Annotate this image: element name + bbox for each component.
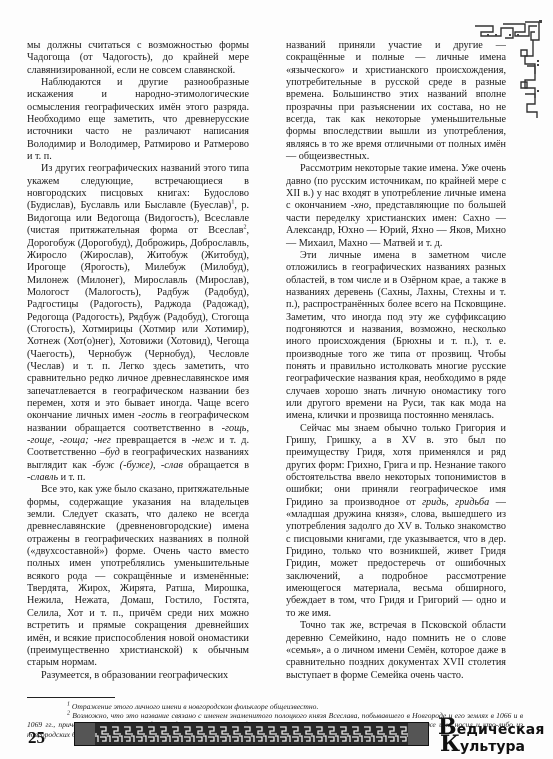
ornament-band — [74, 722, 429, 746]
left-column: мы должны считаться с возможностью формы… — [27, 40, 249, 682]
paragraph: названий приняли участие и другие — сокр… — [286, 40, 506, 163]
page-number: 25 — [28, 728, 45, 748]
meander-pattern-icon — [75, 723, 428, 745]
paragraph: мы должны считаться с возможностью формы… — [27, 40, 249, 77]
footnote-divider — [27, 697, 115, 698]
paragraph: Рассмотрим некоторые такие имена. Уже оч… — [286, 163, 506, 249]
right-column: названий приняли участие и другие — сокр… — [286, 40, 506, 682]
medallion-icon — [75, 723, 95, 745]
magazine-logo: Ведическая Культура — [438, 720, 545, 754]
medallion-icon — [408, 723, 428, 745]
paragraph: Из других географических названий этого … — [27, 163, 249, 484]
paragraph: Наблюдаются и другие разнообразные искаж… — [27, 77, 249, 163]
paragraph: Эти личные имена в заметном числе отложи… — [286, 250, 506, 423]
book-page: мы должны считаться с возможностью формы… — [0, 0, 553, 759]
paragraph: Все это, как уже было сказано, притяжате… — [27, 484, 249, 669]
paragraph: Точно так же, встречая в Псковской облас… — [286, 620, 506, 682]
footnote-1: 1 Отражение этого личного имени в новгор… — [27, 702, 523, 711]
paragraph: Сейчас мы знаем обычно только Григория и… — [286, 423, 506, 621]
paragraph: Разумеется, в образовании географических — [27, 670, 249, 682]
